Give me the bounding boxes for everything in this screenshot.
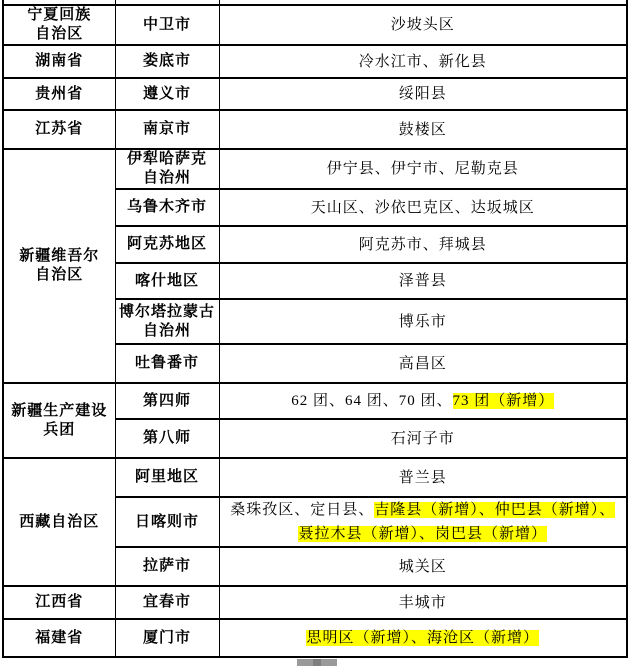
cell-regions: 泽普县 [219, 263, 627, 299]
cell-city: 乌鲁木齐市 [115, 189, 219, 226]
cell-regions: 思明区（新增）、海沧区（新增） [219, 619, 627, 657]
cell-province: 西藏自治区 [3, 458, 115, 586]
table-row: 江苏省 南京市 鼓楼区 [3, 110, 627, 149]
document-page: 宁夏回族 自治区 中卫市 沙坡头区 湖南省 娄底市 冷水江市、新化县 贵州省 遵… [0, 0, 630, 666]
cell-city: 第四师 [115, 383, 219, 419]
regions-text: 博乐市 [399, 314, 447, 330]
table-row: 新疆维吾尔 自治区 伊犁哈萨克 自治州 伊宁县、伊宁市、尼勒克县 [3, 149, 627, 189]
regions-text: 城关区 [399, 559, 447, 575]
regions-new-highlight: 思明区（新增）、海沧区（新增） [306, 630, 539, 646]
cell-city: 拉萨市 [115, 547, 219, 586]
regions-text: 冷水江市、新化县 [359, 54, 487, 70]
cell-city: 日喀则市 [115, 497, 219, 547]
regions-text: 普兰县 [399, 470, 447, 486]
cell-regions: 城关区 [219, 547, 627, 586]
cell-regions: 绥阳县 [219, 78, 627, 110]
regions-text: 石河子市 [391, 431, 455, 447]
region-table: 宁夏回族 自治区 中卫市 沙坡头区 湖南省 娄底市 冷水江市、新化县 贵州省 遵… [2, 0, 628, 658]
cell-province: 新疆维吾尔 自治区 [3, 149, 115, 383]
cell-city: 南京市 [115, 110, 219, 149]
cell-city: 遵义市 [115, 78, 219, 110]
regions-new-highlight: 73 团（新增） [453, 393, 555, 409]
cell-province: 宁夏回族 自治区 [3, 5, 115, 45]
cell-city: 吐鲁番市 [115, 344, 219, 383]
cell-regions: 桑珠孜区、定日县、吉隆县（新增）、仲巴县（新增）、聂拉木县（新增）、岗巴县（新增… [219, 497, 627, 547]
cell-regions: 沙坡头区 [219, 5, 627, 45]
cell-city: 伊犁哈萨克 自治州 [115, 149, 219, 189]
cell-regions: 普兰县 [219, 458, 627, 497]
regions-text: 丰城市 [399, 595, 447, 611]
regions-text: 鼓楼区 [399, 122, 447, 138]
cell-regions: 62 团、64 团、70 团、73 团（新增） [219, 383, 627, 419]
regions-text: 高昌区 [399, 356, 447, 372]
cell-city: 娄底市 [115, 45, 219, 78]
cell-regions: 丰城市 [219, 586, 627, 619]
cell-province: 贵州省 [3, 78, 115, 110]
table-row: 贵州省 遵义市 绥阳县 [3, 78, 627, 110]
cell-regions: 鼓楼区 [219, 110, 627, 149]
cell-city: 阿里地区 [115, 458, 219, 497]
cell-regions: 冷水江市、新化县 [219, 45, 627, 78]
cell-province: 新疆生产建设 兵团 [3, 383, 115, 458]
table-row: 江西省 宜春市 丰城市 [3, 586, 627, 619]
regions-text: 伊宁县、伊宁市、尼勒克县 [327, 161, 519, 177]
cell-regions: 伊宁县、伊宁市、尼勒克县 [219, 149, 627, 189]
table-row: 西藏自治区 阿里地区 普兰县 [3, 458, 627, 497]
cell-city: 阿克苏地区 [115, 226, 219, 263]
regions-text: 阿克苏市、拜城县 [359, 237, 487, 253]
table-row: 新疆生产建设 兵团 第四师 62 团、64 团、70 团、73 团（新增） [3, 383, 627, 419]
cell-regions: 博乐市 [219, 299, 627, 344]
cell-regions: 阿克苏市、拜城县 [219, 226, 627, 263]
regions-text: 天山区、沙依巴克区、达坂城区 [311, 200, 535, 216]
regions-text: 绥阳县 [399, 86, 447, 102]
regions-text: 62 团、64 团、70 团、 [291, 393, 452, 409]
horizontal-scrollbar-thumb[interactable] [297, 659, 337, 666]
cell-city: 第八师 [115, 419, 219, 458]
table-row: 宁夏回族 自治区 中卫市 沙坡头区 [3, 5, 627, 45]
regions-text: 沙坡头区 [391, 17, 455, 33]
cell-regions: 石河子市 [219, 419, 627, 458]
cell-city: 厦门市 [115, 619, 219, 657]
cell-province: 福建省 [3, 619, 115, 657]
cell-province: 江苏省 [3, 110, 115, 149]
cell-regions: 高昌区 [219, 344, 627, 383]
cell-city: 中卫市 [115, 5, 219, 45]
cell-regions: 天山区、沙依巴克区、达坂城区 [219, 189, 627, 226]
table-row: 湖南省 娄底市 冷水江市、新化县 [3, 45, 627, 78]
cell-city: 宜春市 [115, 586, 219, 619]
cell-city: 喀什地区 [115, 263, 219, 299]
cell-city: 博尔塔拉蒙古 自治州 [115, 299, 219, 344]
scrollbar-thumb-notch [313, 659, 321, 666]
cell-province: 江西省 [3, 586, 115, 619]
regions-text: 桑珠孜区、定日县、 [230, 502, 374, 518]
cell-province: 湖南省 [3, 45, 115, 78]
table-row: 福建省 厦门市 思明区（新增）、海沧区（新增） [3, 619, 627, 657]
regions-text: 泽普县 [399, 273, 447, 289]
